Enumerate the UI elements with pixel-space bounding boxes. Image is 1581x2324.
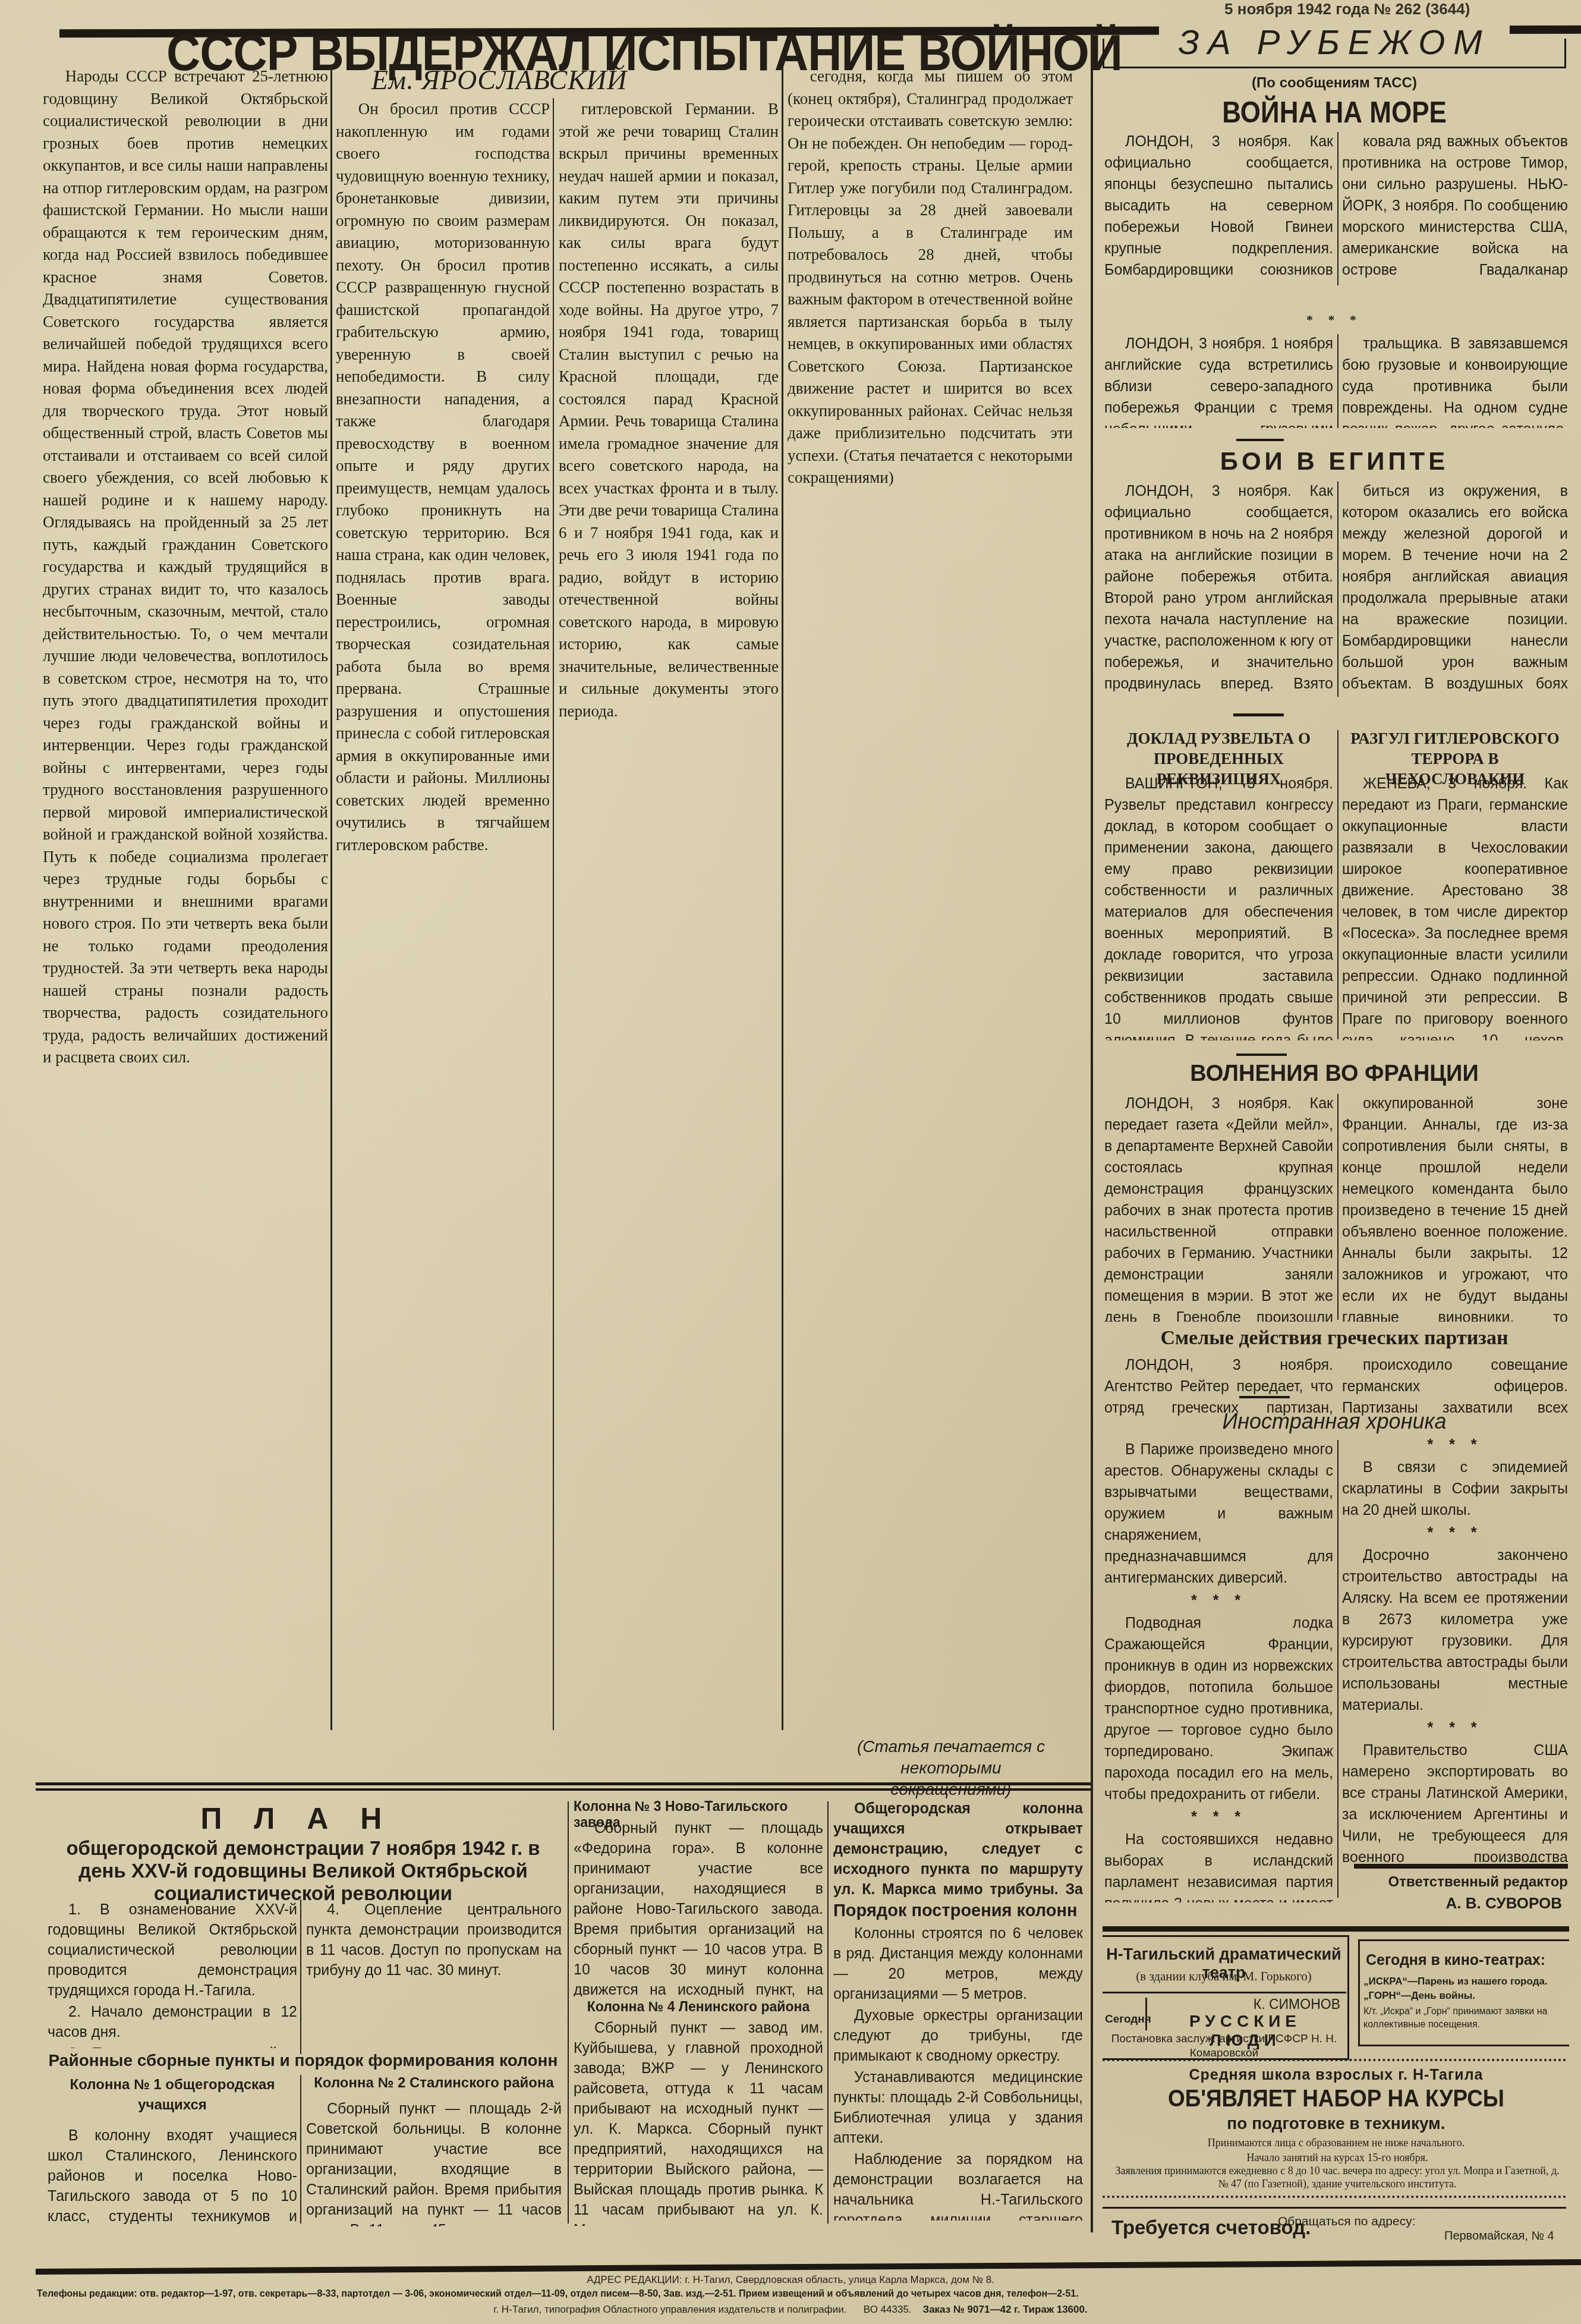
section-rule	[36, 1788, 1091, 1791]
cinema-line: К/т. „Искра“ и „Горн“ принимают заявки н…	[1363, 2005, 1566, 2031]
dotted-border	[1103, 2196, 1566, 2199]
plan-text: Сборный пункт — площадь 2-й Советской бо…	[306, 2099, 562, 2226]
column1-body: В колонну входят учащиеся школ Сталинско…	[48, 2125, 297, 2226]
column-divider	[827, 1801, 829, 2224]
school-line-3: по подготовке в техникум.	[1104, 2114, 1568, 2133]
chronicle-headline: Иностранная хроника	[1103, 1409, 1566, 1434]
footer-printer-line: г. Н-Тагил, типография Областного управл…	[0, 2304, 1581, 2316]
short-rule	[1236, 1053, 1287, 1056]
footer-order: Заказ № 9071—42 г. Тираж 13600.	[922, 2304, 1087, 2315]
dateline: 5 ноября 1942 года № 262 (3644)	[1224, 0, 1470, 18]
plan-subtitle: общегородской демонстрации 7 ноября 1942…	[53, 1837, 553, 1905]
plan-col-1: 1. В ознаменование XXV-й годовщины Велик…	[48, 1900, 297, 2048]
lead-column-3: гитлеровской Германии. В этой же речи то…	[559, 98, 779, 1730]
czech-body: ЖЕНЕВА, 3 ноября. Как передают из Праги,…	[1342, 773, 1568, 1040]
war-at-sea-left-2: ЛОНДОН, 3 ноября. 1 ноября английские су…	[1104, 333, 1333, 428]
school-detail: Принимаются лица с образованием не ниже …	[1104, 2137, 1568, 2149]
column-divider	[1337, 730, 1339, 1039]
article-text: ЖЕНЕВА, 3 ноября. Как передают из Праги,…	[1342, 773, 1568, 1040]
editor-label: Ответственный редактор	[1342, 1874, 1568, 1891]
editor-name: А. В. СУВОРОВ	[1342, 1894, 1562, 1913]
chronicle-item: Правительство США намерено экспортироват…	[1342, 1740, 1568, 1862]
war-at-sea-right-2: тральщика. В завязавшемся бою грузовые и…	[1342, 333, 1568, 428]
column2-body: Сборный пункт — площадь 2-й Советской бо…	[306, 2099, 562, 2226]
column-divider	[300, 1900, 301, 2054]
school-details: Начало занятий на курсах 15-го ноября. З…	[1111, 2151, 1563, 2190]
lead-text-2: Он бросил против СССР накопленную им год…	[336, 98, 550, 856]
lead-author: Ем. ЯРОСЛАВСКИЙ	[333, 64, 666, 96]
war-at-sea-left: ЛОНДОН, 3 ноября. Как официально сообщае…	[1104, 131, 1333, 285]
article-text: ЛОНДОН, 3 ноября. Как официально сообщае…	[1104, 480, 1333, 697]
editor-rule	[1354, 1864, 1568, 1869]
separator-stars: * * *	[1342, 1434, 1568, 1455]
egypt-left: ЛОНДОН, 3 ноября. Как официально сообщае…	[1104, 480, 1333, 697]
school-detail: Начало занятий на курсах 15-го ноября.	[1111, 2151, 1563, 2164]
article-text: ковала ряд важных объектов противника на…	[1342, 131, 1568, 285]
article-text: ЛОНДОН, 3 ноября. Как официально сообщае…	[1104, 131, 1333, 285]
theatre-venue: (в здании клуба им. М. Горького)	[1105, 1969, 1343, 1984]
students-note: Общегородская колонна учащихся открывает…	[833, 1798, 1083, 1900]
short-rule	[1233, 713, 1284, 716]
plan-text: Наблюдение за порядком на демонстрации в…	[833, 2149, 1083, 2221]
lead-column-1: Народы СССР встречают 25-летнюю годовщин…	[43, 65, 328, 1730]
play-credit: Постановка заслуж. артистки РСФСР Н. Н. …	[1104, 2032, 1344, 2061]
school-line-2: ОБ'ЯВЛЯЕТ НАБОР НА КУРСЫ	[1128, 2084, 1545, 2112]
today-label: Сегодня	[1105, 2013, 1147, 2026]
separator-stars: * * *	[1342, 1717, 1568, 1738]
cinema-ad: Сегодня в кино-театрах: „ИСКРА“—Парень и…	[1358, 1939, 1569, 2046]
column3-body: Сборный пункт — площадь «Федорина гора».…	[574, 1818, 823, 1996]
lead-column-2: Он бросил против СССР накопленную им год…	[336, 98, 550, 1730]
greek-headline: Смелые действия греческих партизан	[1103, 1327, 1566, 1350]
column-divider	[300, 2075, 301, 2224]
section-rule	[36, 1782, 1091, 1785]
footer-printer: г. Н-Тагил, типография Областного управл…	[493, 2304, 846, 2315]
footer-code: ВО 44335.	[864, 2304, 912, 2315]
accountant-address-label: Обращаться по адресу:	[1278, 2215, 1416, 2229]
plan-item: 2. Начало демонстрации в 12 часов дня.	[48, 2002, 297, 2042]
order-body: Колонны строятся по 6 человек в ряд. Дис…	[833, 1923, 1083, 2221]
abroad-source-note: (По сообщениям ТАСС)	[1103, 75, 1566, 92]
plan-text: В колонну входят учащиеся школ Сталинско…	[48, 2125, 297, 2226]
article-text: ЛОНДОН, 3 ноября. 1 ноября английские су…	[1104, 333, 1333, 428]
column-divider	[568, 1801, 569, 2224]
theatre-ad: Н-Тагильский драматический театр (в здан…	[1103, 1935, 1349, 2060]
plan-item: 3. Трудящиеся предприятий и учреждений с…	[48, 2043, 297, 2048]
plan-text: Устанавливаются медицинские пункты: площ…	[833, 2067, 1083, 2148]
school-line-1: Средняя школа взрослых г. Н-Тагила	[1104, 2067, 1568, 2084]
article-text: ЛОНДОН, 3 ноября. Как передает газета «Д…	[1104, 1093, 1333, 1322]
footer-phones: Телефоны редакции: отв. редактор—1-97, о…	[37, 2289, 1576, 2300]
dotted-border	[1103, 2059, 1566, 2062]
chronicle-item: Подводная лодка Сражающейся Франции, про…	[1104, 1612, 1333, 1805]
war-at-sea-right: ковала ряд важных объектов противника на…	[1342, 131, 1568, 285]
lead-column-4: сегодня, когда мы пишем об этом (конец о…	[788, 65, 1073, 1683]
short-rule	[1239, 1396, 1290, 1398]
article-text: биться из окружения, в котором оказались…	[1342, 480, 1568, 697]
chronicle-item: В связи с эпидемией скарлатины в Софии з…	[1342, 1457, 1568, 1521]
cinema-line: „ГОРН“—День войны.	[1363, 1990, 1569, 2002]
war-at-sea-headline: ВОЙНА НА МОРЕ	[1130, 95, 1538, 130]
footer-rule	[36, 2259, 1581, 2275]
column-divider	[1337, 1440, 1339, 1898]
lead-text-1: Народы СССР встречают 25-летнюю годовщин…	[43, 65, 328, 1069]
school-ad: Средняя школа взрослых г. Н-Тагила ОБ'ЯВ…	[1104, 2064, 1568, 2153]
chronicle-left: В Париже произведено много арестов. Обна…	[1104, 1439, 1333, 1902]
order-title: Порядок построения колонн	[833, 1901, 1083, 1921]
chronicle-item: Досрочно закончено строительство автостр…	[1342, 1545, 1568, 1716]
column-divider	[782, 65, 783, 1730]
divider	[1145, 1998, 1147, 2030]
short-rule	[1236, 439, 1284, 441]
district-heading: Районные сборные пункты и порядок формир…	[48, 2051, 559, 2070]
plan-text: Колонны строятся по 6 человек в ряд. Дис…	[833, 1923, 1083, 2004]
column-divider	[1337, 132, 1339, 285]
column4-body: Сборный пункт — завод им. Куйбышева, у г…	[574, 2018, 823, 2226]
chronicle-item: На состоявшихся недавно выборах в исланд…	[1104, 1829, 1333, 1902]
play-author: К. СИМОНОВ	[1150, 1996, 1340, 2012]
plan-col-2: 4. Оцепление центрального пункта демонст…	[306, 1900, 562, 2048]
roosevelt-body: ВАШИНГТОН, 3 ноября. Рузвельт представил…	[1104, 773, 1333, 1040]
egypt-right: биться из окружения, в котором оказались…	[1342, 480, 1568, 697]
separator-stars: * * *	[1342, 1522, 1568, 1543]
france-right: оккупированной зоне Франции. Анналы, где…	[1342, 1093, 1568, 1322]
plan-text: Сборный пункт — завод им. Куйбышева, у г…	[574, 2018, 823, 2226]
ads-top-rule	[1103, 1926, 1569, 1932]
article-text: ВАШИНГТОН, 3 ноября. Рузвельт представил…	[1104, 773, 1333, 1040]
ad-rule	[1103, 2207, 1566, 2209]
column-divider	[1337, 334, 1339, 428]
school-detail: Заявления принимаются ежедневно с 8 до 1…	[1111, 2164, 1563, 2190]
france-headline: ВОЛНЕНИЯ ВО ФРАНЦИИ	[1103, 1061, 1566, 1087]
cinema-title: Сегодня в кино-театрах:	[1366, 1952, 1568, 1969]
lead-text-4: сегодня, когда мы пишем об этом (конец о…	[788, 65, 1073, 489]
chronicle-item: В Париже произведено много арестов. Обна…	[1104, 1439, 1333, 1589]
article-text: тральщика. В завязавшемся бою грузовые и…	[1342, 333, 1568, 428]
article-text: оккупированной зоне Франции. Анналы, где…	[1342, 1093, 1568, 1322]
footer-address: АДРЕС РЕДАКЦИИ: г. Н-Тагил, Свердловская…	[0, 2274, 1581, 2286]
column-divider	[553, 98, 554, 1730]
plan-text: Сборный пункт — площадь «Федорина гора».…	[574, 1818, 823, 1996]
column1-title: Колонна № 1 общегородская учащихся	[48, 2075, 297, 2115]
column4-title: Колонна № 4 Ленинского района	[574, 1999, 823, 2015]
plan-title: П Л А Н	[149, 1801, 446, 1836]
lead-text-3: гитлеровской Германии. В этой же речи то…	[559, 98, 779, 722]
column-divider	[1337, 1094, 1339, 1320]
france-left: ЛОНДОН, 3 ноября. Как передает газета «Д…	[1104, 1093, 1333, 1322]
chronicle-right: * * * В связи с эпидемией скарлатины в С…	[1342, 1434, 1568, 1862]
separator-stars: * * *	[1103, 312, 1566, 328]
plan-text: Общегородская колонна учащихся открывает…	[833, 1798, 1083, 1900]
section-divider	[1091, 33, 1093, 2232]
plan-item: 1. В ознаменование XXV-й годовщины Велик…	[48, 1900, 297, 2001]
cinema-line: „ИСКРА“—Парень из нашего города.	[1363, 1976, 1569, 1987]
egypt-headline: БОИ В ЕГИПТЕ	[1103, 447, 1566, 476]
plan-item: 4. Оцепление центрального пункта демонст…	[306, 1900, 562, 1980]
column-divider	[330, 65, 332, 1730]
separator-stars: * * *	[1104, 1590, 1333, 1611]
column-divider	[1337, 482, 1339, 697]
divider	[1103, 1992, 1346, 1993]
plan-text: Духовые оркестры организации следуют до …	[833, 2005, 1083, 2066]
abroad-title: ЗА РУБЕЖОМ	[1159, 23, 1510, 62]
separator-stars: * * *	[1104, 1806, 1333, 1828]
accountant-address: Первомайская, № 4	[1444, 2229, 1554, 2243]
column2-title: Колонна № 2 Сталинского района	[306, 2075, 562, 2092]
